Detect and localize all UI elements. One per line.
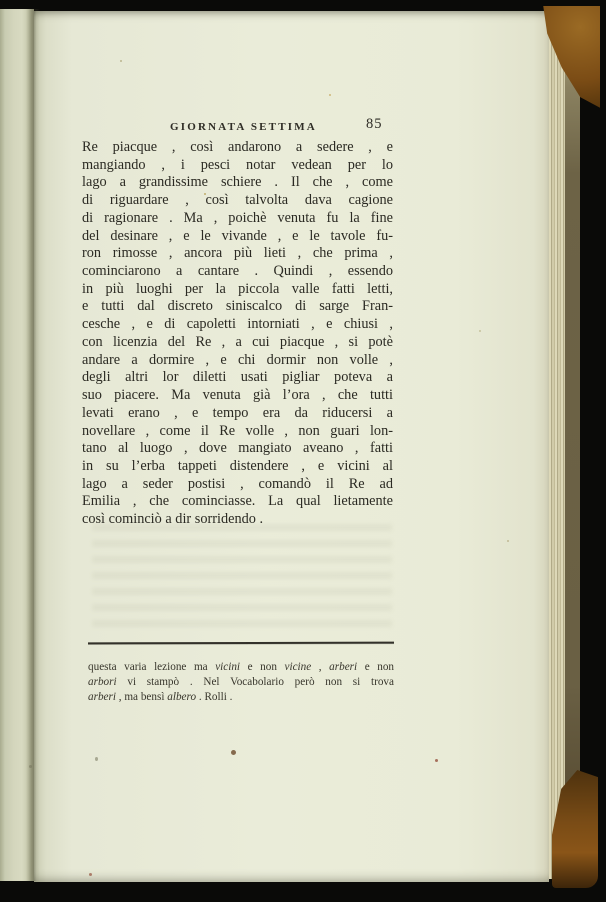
main-text-block: Re piacque , così andarono a sedere , e … bbox=[82, 139, 393, 529]
text-line: Emilia , che cominciasse. La qual lietam… bbox=[82, 493, 393, 511]
text-line: degli altri lor diletti usati pigliar po… bbox=[82, 369, 393, 387]
text-line: levati erano , e tempo era da riducersi … bbox=[82, 405, 393, 423]
footnote-line: arbori vi stampò . Nel Vocabolario però … bbox=[88, 675, 394, 690]
footnote-segment-italic: arberi bbox=[329, 661, 357, 673]
text-line: andare a dormire , e chi dormir non voll… bbox=[82, 352, 393, 370]
footnote-segment-italic: albero bbox=[167, 691, 196, 703]
text-line: tano al luogo , dove mangiato aveano , f… bbox=[82, 440, 393, 458]
text-line: con licenzia del Re , a cui piacque , si… bbox=[82, 334, 393, 352]
text-line: e tutti dal discreto siniscalco di sarge… bbox=[82, 298, 393, 316]
footnote-segment: vi stampò . Nel Vocabolario però non si … bbox=[117, 676, 394, 688]
text-line: novellare , come il Re volle , non guari… bbox=[82, 423, 393, 441]
footnote-segment: , ma bensì bbox=[116, 691, 167, 703]
text-line: così cominciò a dir sorridendo . bbox=[82, 511, 393, 529]
book-block-edge bbox=[565, 20, 580, 872]
footnote-line: arberi , ma bensì albero . Rolli . bbox=[88, 690, 394, 705]
text-line: ron rimosse , ancora più lieti , che pri… bbox=[82, 245, 393, 263]
footnote-segment-italic: arberi bbox=[88, 691, 116, 703]
footnote-segment: e non bbox=[240, 661, 284, 673]
text-line: cominciarono a cantare . Quindi , essend… bbox=[82, 263, 393, 281]
footnote-line: questa varia lezione ma vicini e non vic… bbox=[88, 660, 394, 675]
running-header: GIORNATA SETTIMA bbox=[170, 121, 298, 133]
text-line: cesche , e di capoletti intorniati , e c… bbox=[82, 316, 393, 334]
text-line: in più luoghi per la piccola valle fatti… bbox=[82, 281, 393, 299]
footnote-segment-italic: vicini bbox=[215, 661, 240, 673]
text-line: mangiando , i pesci notar vedean per lo bbox=[82, 157, 393, 175]
footnote-segment: e non bbox=[357, 661, 394, 673]
text-line: suo piacere. Ma venuta già l’ora , che t… bbox=[82, 387, 393, 405]
book-scan-photo: GIORNATA SETTIMA 85 Re piacque , così an… bbox=[0, 0, 606, 902]
page-number: 85 bbox=[366, 116, 383, 133]
gutter-crease bbox=[26, 9, 40, 881]
footnote-segment-italic: vicine bbox=[285, 661, 312, 673]
page-edge-stack bbox=[549, 13, 565, 879]
text-line: di riguardare , così talvolta dava cagio… bbox=[82, 192, 393, 210]
text-line: Re piacque , così andarono a sedere , e bbox=[82, 139, 393, 157]
footnote-segment-italic: arbori bbox=[88, 676, 117, 688]
footnote-segment: , bbox=[311, 661, 329, 673]
footnote-segment: . Rolli . bbox=[196, 691, 232, 703]
text-line: in su l’erba tappeti distendere , e vici… bbox=[82, 458, 393, 476]
text-line: di ragionare . Ma , poichè venuta fu la … bbox=[82, 210, 393, 228]
text-line: lago a seder postisi , comandò il Re ad bbox=[82, 476, 393, 494]
footnote-segment: questa varia lezione ma bbox=[88, 661, 215, 673]
text-line: del desinare , e le vivande , e le tavol… bbox=[82, 228, 393, 246]
footnote-block: questa varia lezione ma vicini e non vic… bbox=[88, 660, 394, 705]
text-line: lago a grandissime schiere . Il che , co… bbox=[82, 174, 393, 192]
